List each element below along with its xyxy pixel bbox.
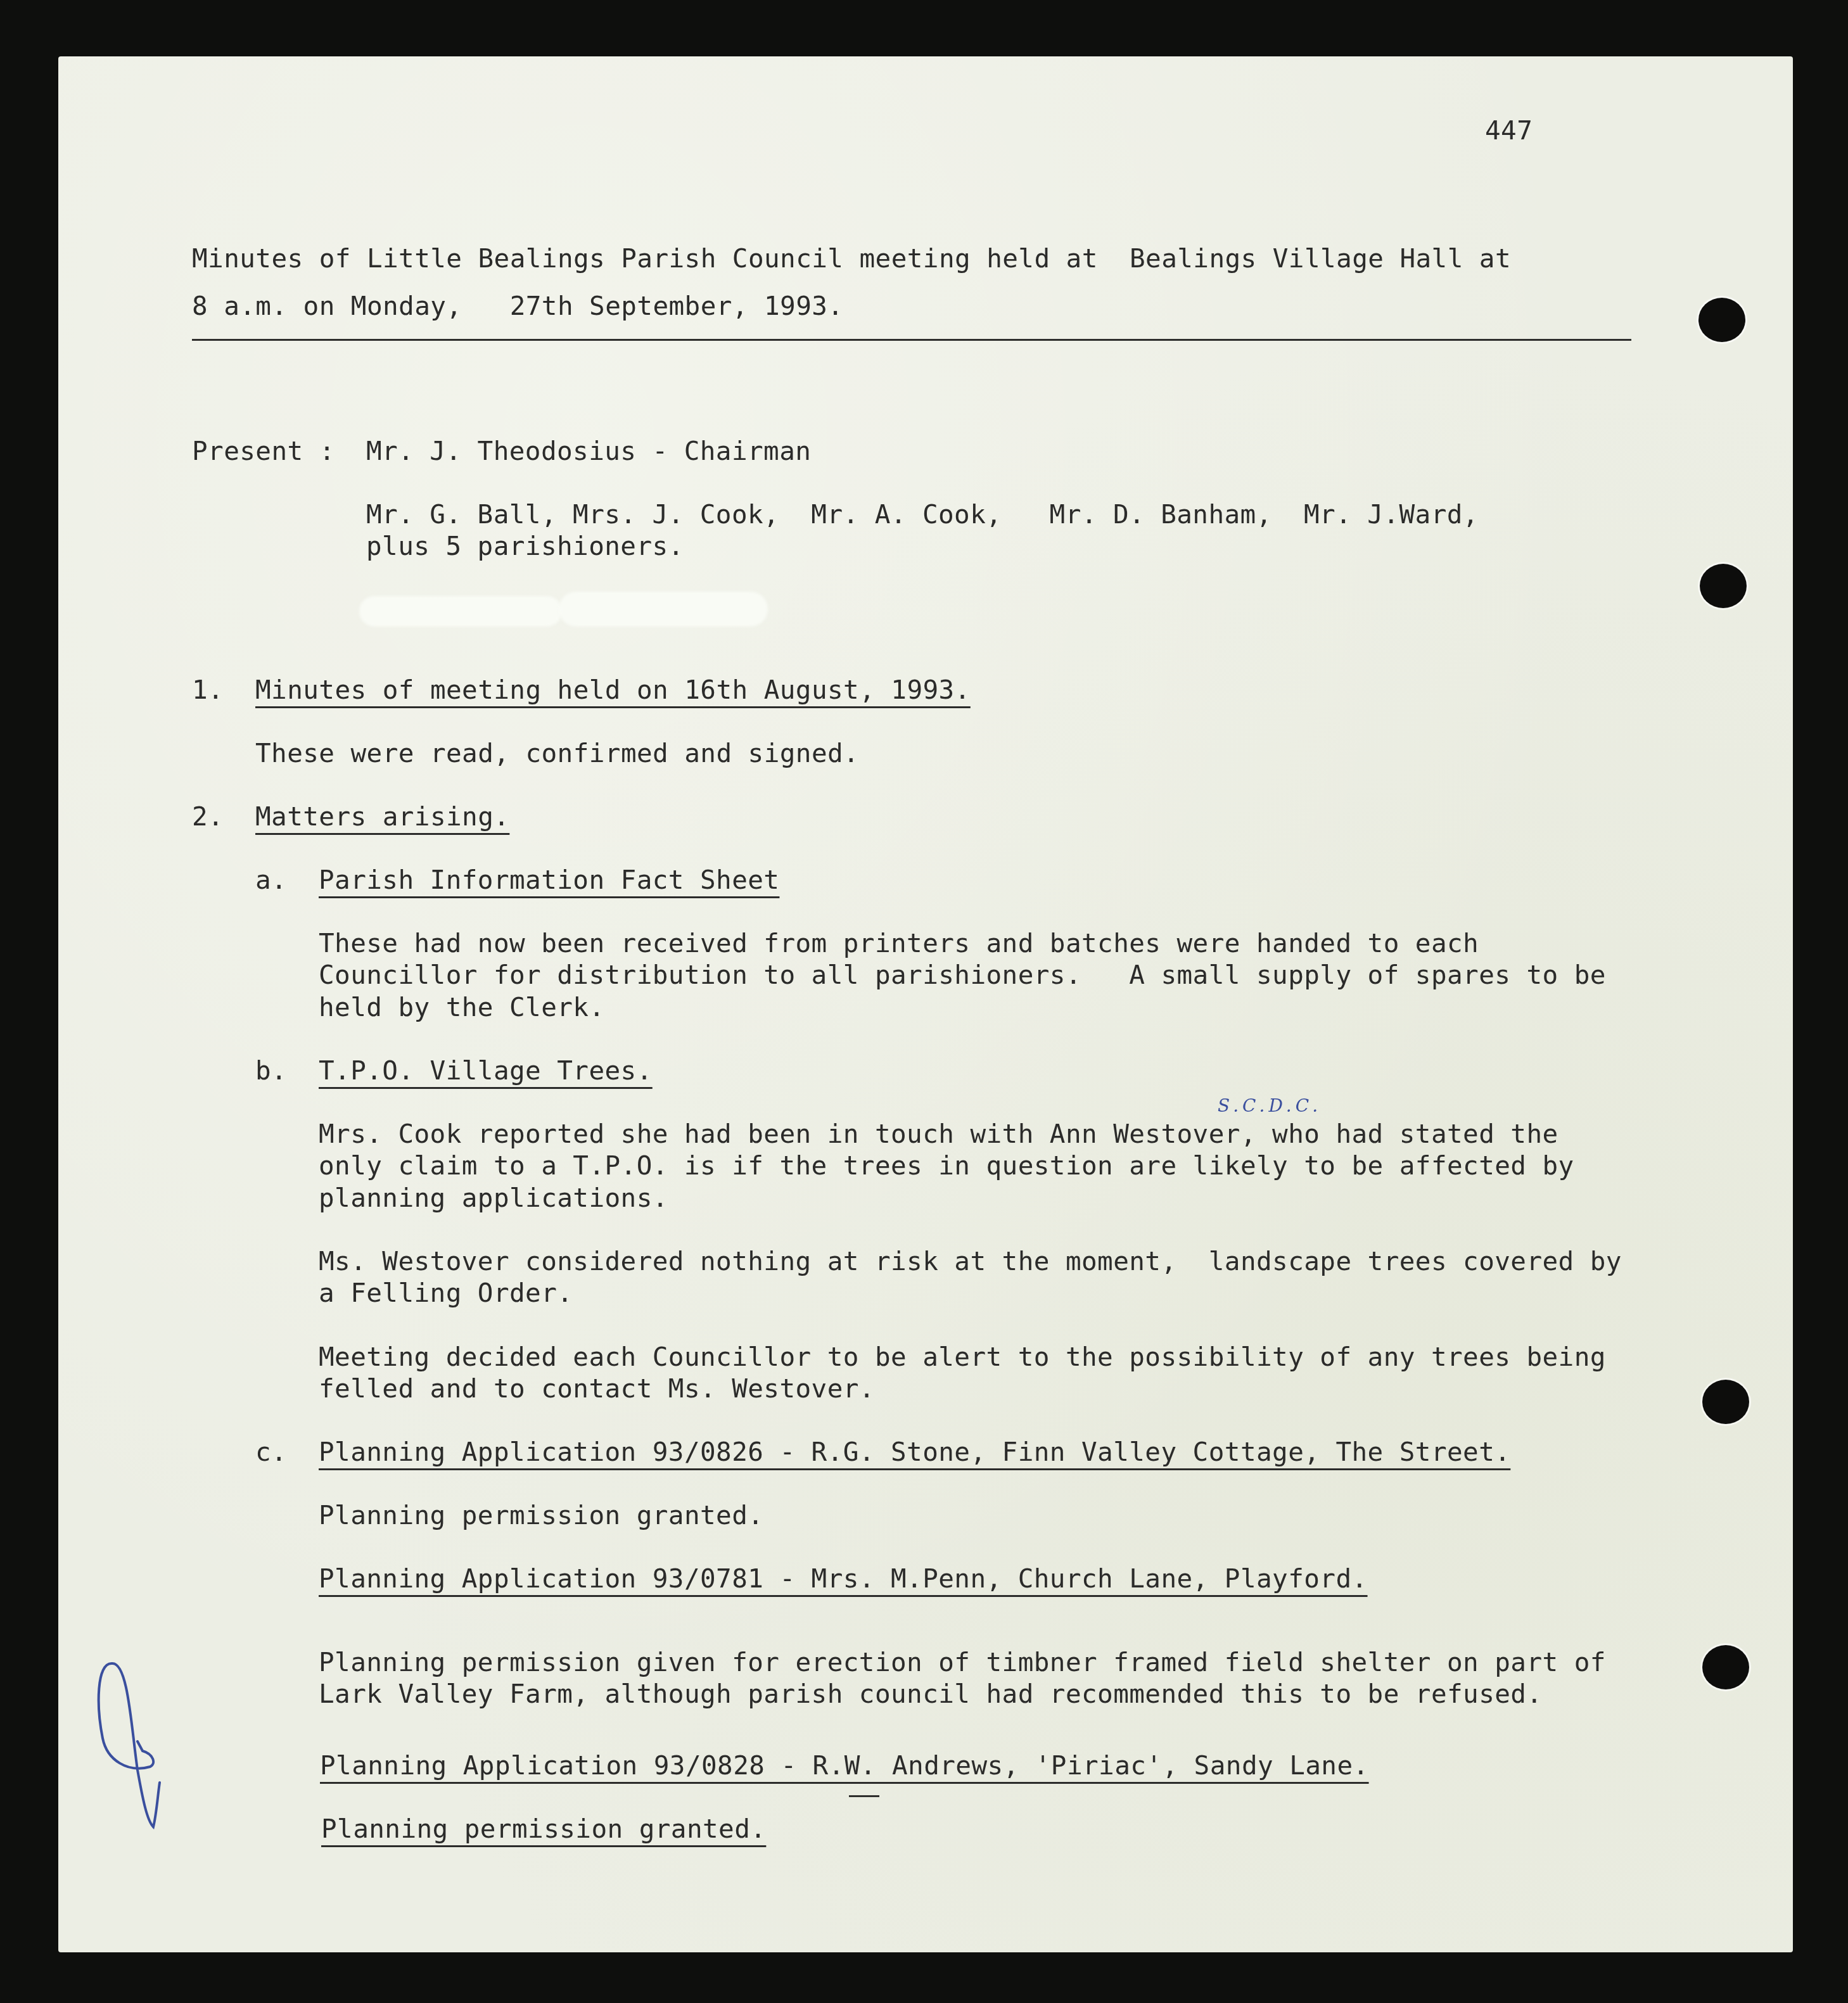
- correction-fluid-mark-2: [559, 592, 768, 626]
- item-1-number: 1.: [192, 674, 224, 706]
- planning-application-title: Planning Application 93/0781 - Mrs. M.Pe…: [319, 1563, 1368, 1594]
- subitem-a-para-line: Councillor for distribution to all paris…: [319, 959, 1606, 991]
- item-2-number: 2.: [192, 801, 224, 832]
- subitem-b-para-line: Mrs. Cook reported she had been in touch…: [319, 1118, 1558, 1150]
- present-parishioners: plus 5 parishioners.: [366, 530, 684, 562]
- planning-application-result: Planning permission given for erection o…: [319, 1646, 1606, 1678]
- subitem-b-para-line: felled and to contact Ms. Westover.: [319, 1373, 875, 1404]
- item-2-title: Matters arising.: [255, 801, 509, 832]
- item-1-text: These were read, confirmed and signed.: [255, 737, 859, 769]
- subitem-a-para-line: These had now been received from printer…: [319, 927, 1479, 959]
- planning-application-result: Planning permission granted.: [319, 1499, 763, 1531]
- punch-hole-1: [1698, 298, 1745, 342]
- subitem-b-letter: b.: [255, 1055, 287, 1086]
- planning-application-title: Planning Application 93/0828 - R.W. Andr…: [320, 1750, 1369, 1781]
- header-line-2: 8 a.m. on Monday, 27th September, 1993.: [192, 290, 843, 322]
- stray-underline-mark: [849, 1795, 879, 1797]
- present-chairman: Mr. J. Theodosius - Chairman: [366, 435, 811, 467]
- present-members: Mr. G. Ball, Mrs. J. Cook, Mr. A. Cook, …: [366, 499, 1479, 530]
- handwritten-initials: [93, 1656, 182, 1846]
- planning-application-title: Planning Application 93/0826 - R.G. Ston…: [319, 1436, 1510, 1468]
- punch-hole-4: [1702, 1645, 1749, 1689]
- present-label: Present :: [192, 435, 335, 467]
- subitem-a-title: Parish Information Fact Sheet: [319, 864, 779, 896]
- subitem-a-letter: a.: [255, 864, 287, 896]
- subitem-b-para-line: Meeting decided each Councillor to be al…: [319, 1341, 1606, 1373]
- punch-hole-2: [1700, 564, 1747, 608]
- subitem-a-para-line: held by the Clerk.: [319, 991, 605, 1023]
- correction-fluid-mark: [359, 596, 562, 626]
- document-page: 447 Minutes of Little Bealings Parish Co…: [58, 56, 1793, 1952]
- subitem-b-para-line: only claim to a T.P.O. is if the trees i…: [319, 1150, 1574, 1181]
- subitem-b-para-line: Ms. Westover considered nothing at risk …: [319, 1245, 1622, 1277]
- header-rule: [192, 339, 1631, 341]
- subitem-c-letter: c.: [255, 1436, 287, 1468]
- planning-application-result: Planning permission granted.: [321, 1813, 766, 1845]
- header-line-1: Minutes of Little Bealings Parish Counci…: [192, 243, 1511, 274]
- subitem-b-para-line: planning applications.: [319, 1182, 668, 1214]
- handwritten-annotation-scdc: S.C.D.C.: [1218, 1095, 1322, 1116]
- subitem-b-title: T.P.O. Village Trees.: [319, 1055, 653, 1086]
- item-1-title: Minutes of meeting held on 16th August, …: [255, 674, 971, 706]
- punch-hole-3: [1702, 1380, 1749, 1424]
- planning-application-result: Lark Valley Farm, although parish counci…: [319, 1678, 1542, 1710]
- page-number: 447: [1485, 115, 1533, 146]
- subitem-b-para-line: a Felling Order.: [319, 1277, 573, 1309]
